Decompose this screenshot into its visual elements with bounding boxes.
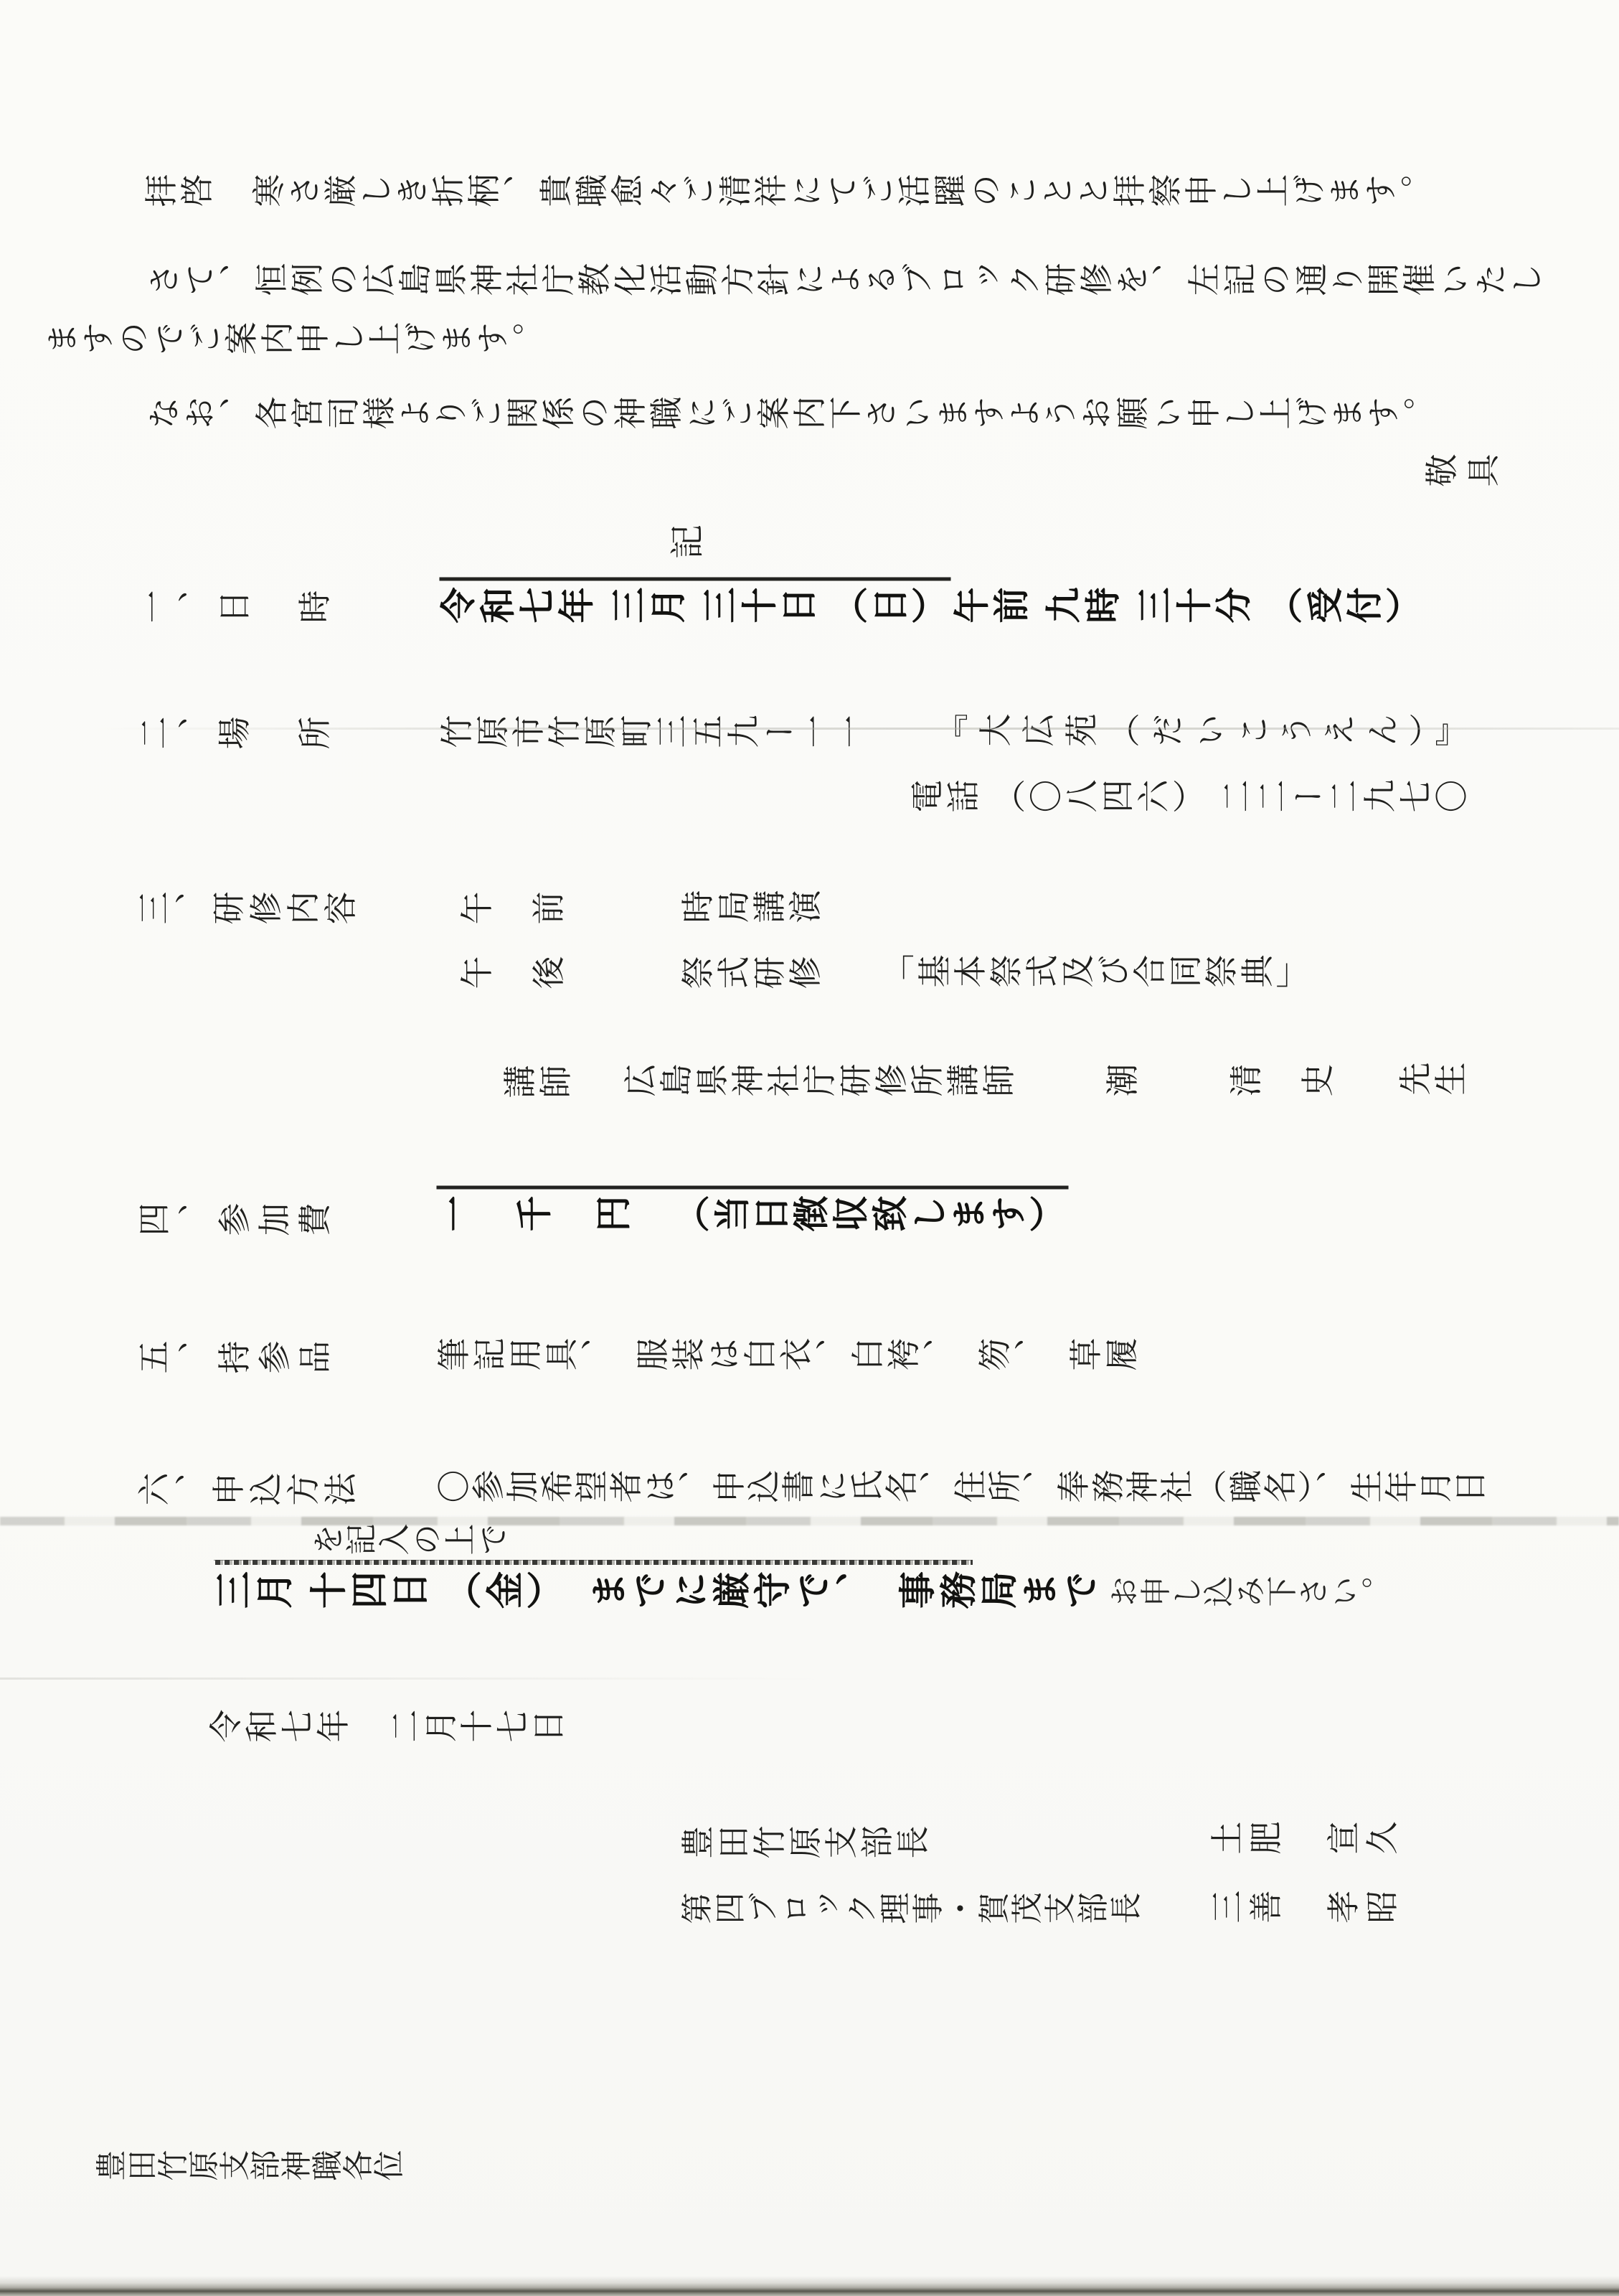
greeting-line-2: さて、恒例の広島県神社庁教化活動方針によるブロック研修を、左記の通り開催いたし [146,265,1545,298]
item2-phone: 電話 （〇八四六） 二二ー二九七〇 [910,782,1470,815]
item2-venue: 『大広苑（だいこうえん）』 [935,716,1478,749]
item1-time: 午前 九時 三十分 （受付） [953,590,1425,626]
item1-date: 令和七年 三月 三十日 （日） [439,577,950,626]
item5-label: 五、持参品 [136,1343,337,1376]
item3-pm-content: 祭式研修 [680,959,823,992]
item6-line1: 〇参加希望者は、申込書に氏名、住所、奉務神社（職名）、生年月日 [436,1472,1487,1505]
addressee: 豊田竹原支部神職各位 [95,2152,403,2183]
greeting-line-4: なお、各宮司様よりご関係の神職にご案内下さいますようお願い申し上げます。 [146,399,1438,432]
item4-fee-note: （当日徴収致します） [674,1196,1068,1236]
item3-am-content: 時局講演 [680,893,823,926]
item2-label: 二、場 所 [136,719,337,752]
item3-lecturer-givenname: 清 史 [1228,1066,1336,1099]
signature1-title: 豊田竹原支部長 [680,1828,931,1861]
item4-label: 四、参加費 [136,1205,337,1238]
item3-label: 三、研修内容 [136,894,360,927]
letter-content: 拝啓 寒さ厳しき折柄、貴職愈々ご清祥にてご活躍のことと拝察申し上げます。 さて、… [0,0,1619,2296]
item5-content: 筆記用具、 服装は白衣、白袴、 笏、 草履 [436,1340,1140,1373]
record-mark: 記 [669,528,706,563]
item6-label: 六、申込方法 [136,1475,360,1508]
item6-line2: を記入の上で [311,1527,509,1558]
greeting-line-3: ますのでご案内申し上げます。 [44,324,547,357]
item1-label: 一、日 時 [136,593,337,626]
item4-fee: 一 千 円 [436,1196,633,1236]
item6-deadline: 三月 十四日 （金） までに厳守で、 事務局まで [214,1573,1102,1614]
item3-honorific: 先生 [1397,1065,1469,1098]
item6-deadline-note: お申し込み下さい。 [1108,1577,1392,1611]
item4-fee-row: 一 千 円（当日徴収致します） [436,1185,1068,1234]
signature2-name: 三善 孝昭 [1209,1893,1403,1926]
item2-address: 竹原市竹原町三五九ー一一 [439,717,869,751]
closing-keigu: 敬具 [1424,456,1507,489]
item3-lecturer-surname: 潮 [1105,1066,1141,1099]
issued-date: 令和七年 二月十七日 [208,1712,567,1745]
item3-pm-label: 午 後 [459,959,567,992]
signature1-name: 土肥 宣久 [1209,1824,1403,1857]
greeting-line-1: 拝啓 寒さ厳しき折柄、貴職愈々ご清祥にてご活躍のことと拝察申し上げます。 [143,177,1435,210]
item3-lecturer-title: 広島県神社庁研修所講師 [623,1066,1017,1099]
item6-deadline-row: 三月 十四日 （金） までに厳守で、 事務局までお申し込み下さい。 [214,1576,1392,1613]
scanned-letter-page: 拝啓 寒さ厳しき折柄、貴職愈々ご清祥にてご活躍のことと拝察申し上げます。 さて、… [0,0,1619,2296]
item3-lecturer-label: 講師 [502,1068,574,1101]
signature2-title: 第四ブロック理事・賀茂支部長 [680,1896,1142,1927]
item3-am-label: 午 前 [459,894,567,927]
item3-pm-theme: 「基本祭式及び合同祭典」 [881,957,1311,990]
